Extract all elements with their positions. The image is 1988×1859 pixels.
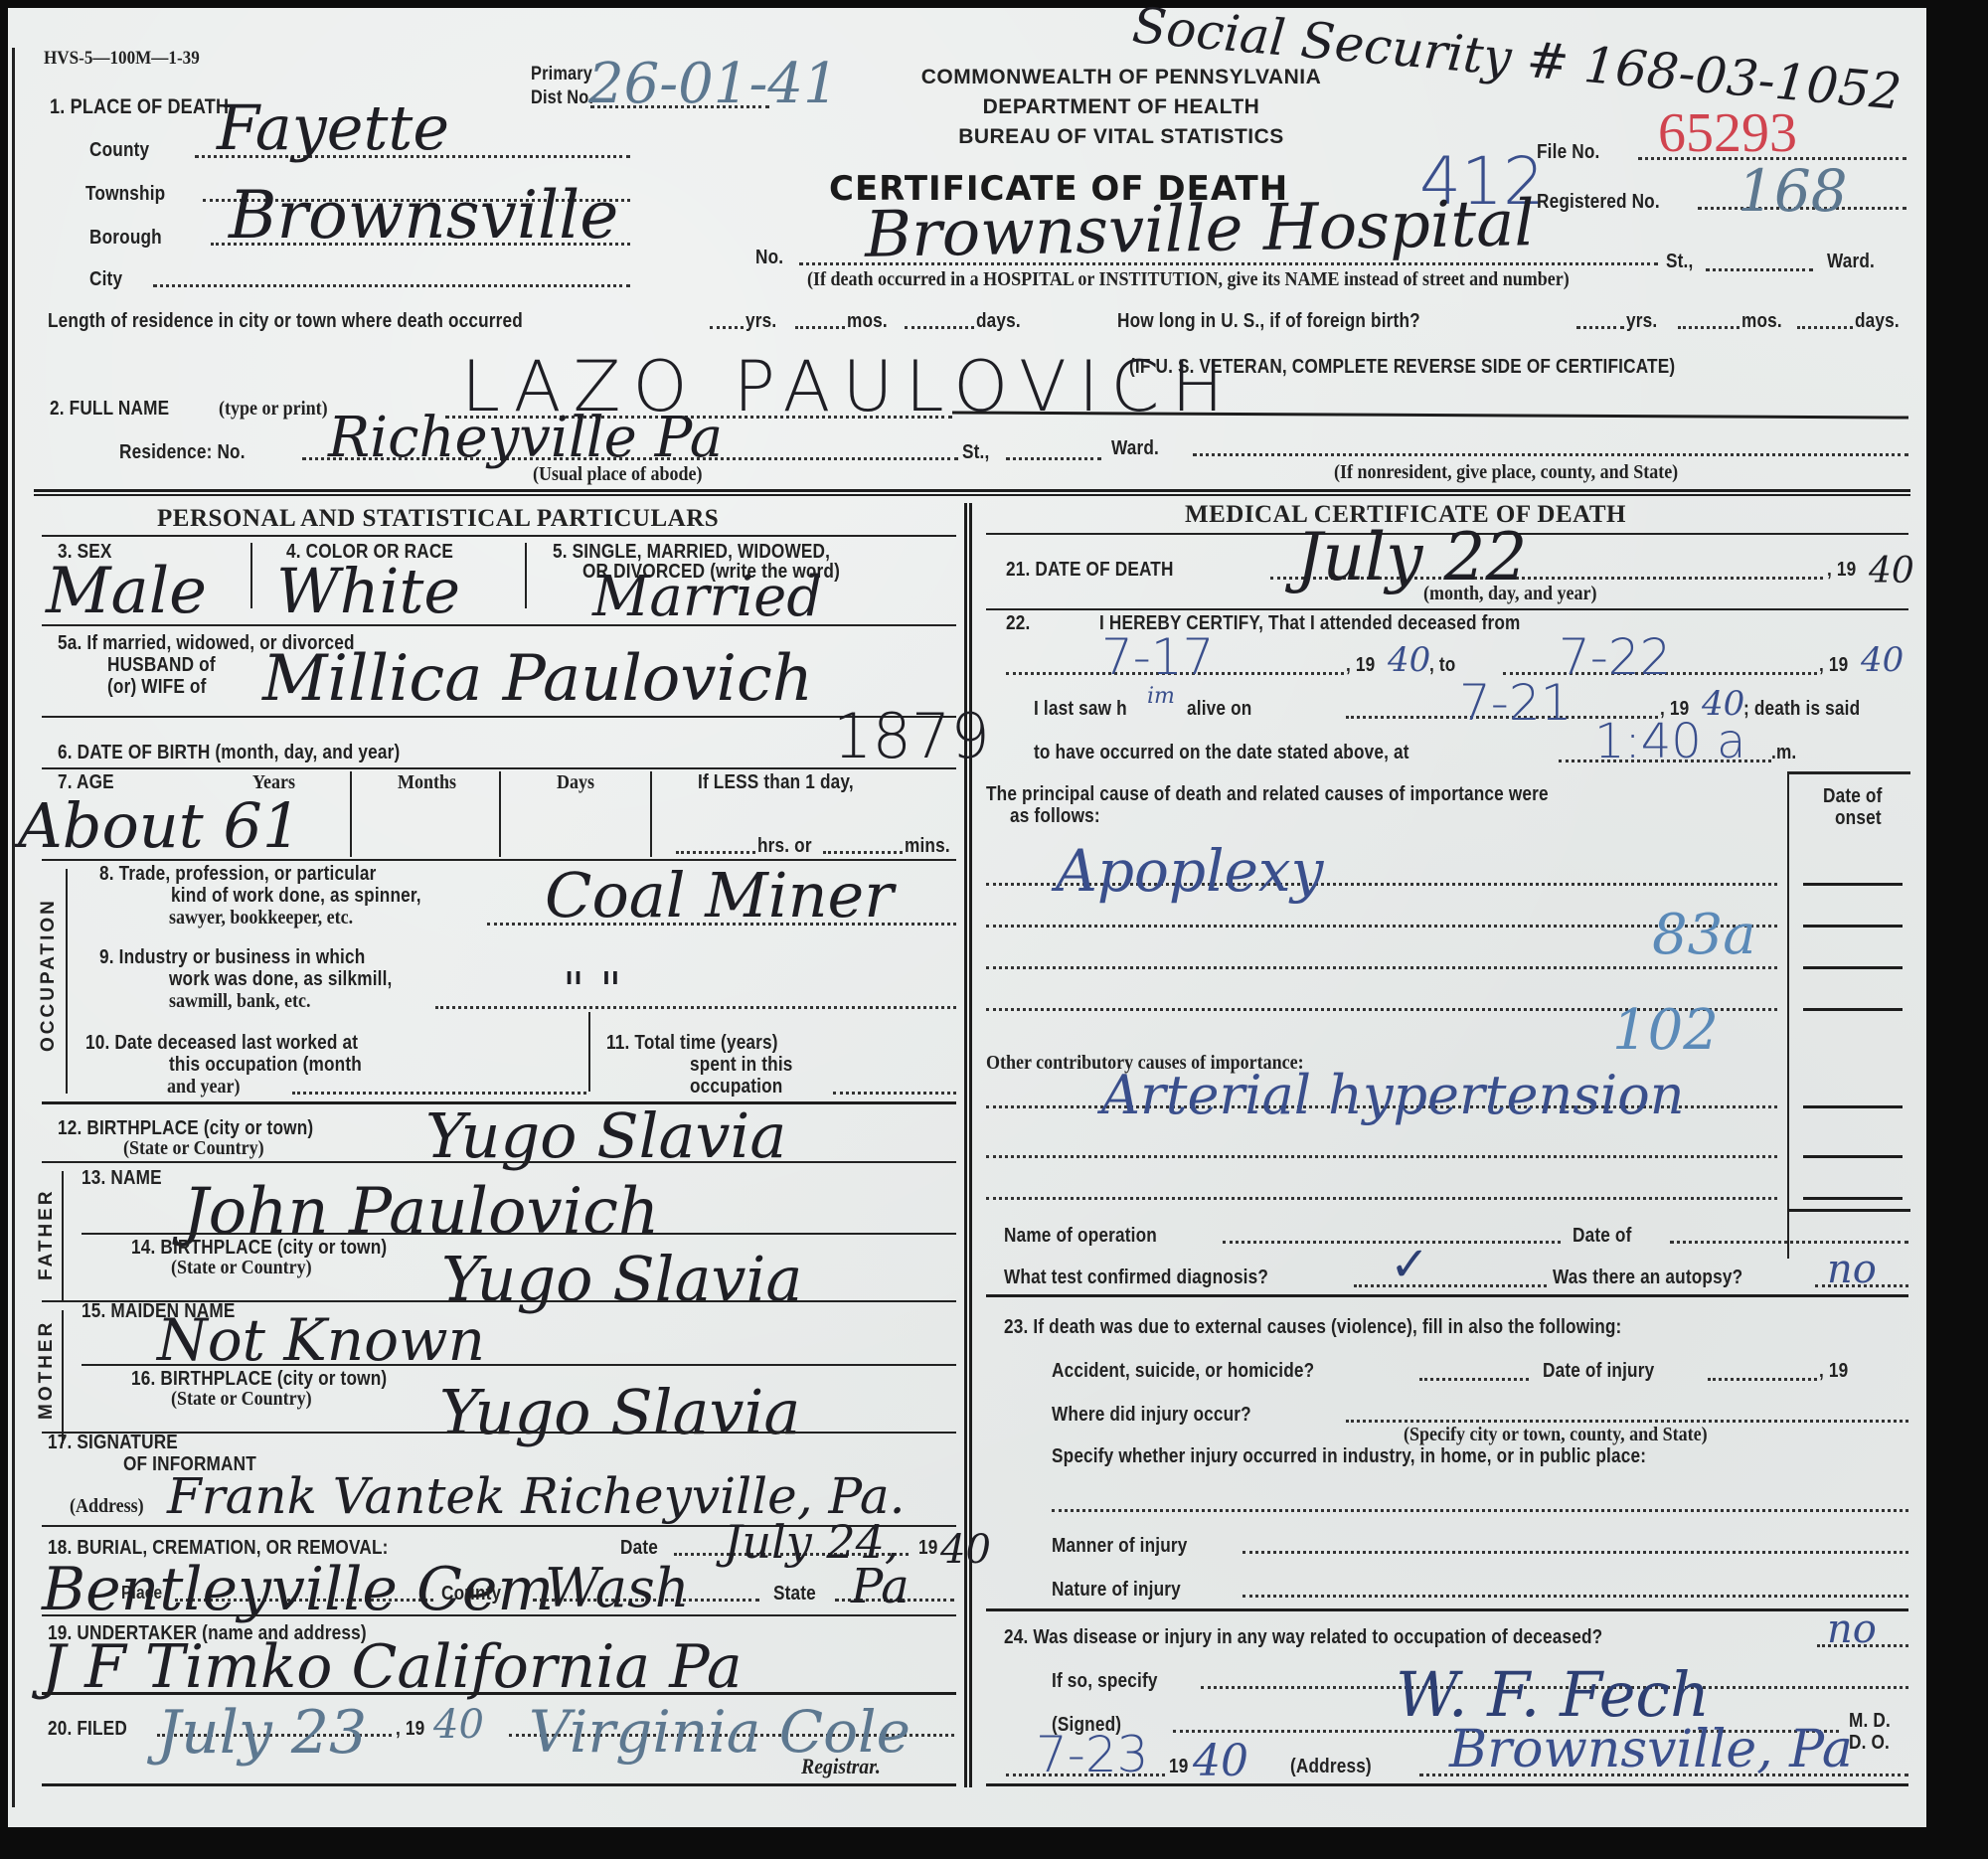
row-rule-19 <box>42 1692 956 1695</box>
dob-value[interactable]: 1879 <box>833 700 990 772</box>
row-rule-23 <box>986 1608 1908 1611</box>
contributory-line-2 <box>986 1155 1777 1158</box>
age-mins-label: mins. <box>905 835 950 858</box>
certify-number: 22. <box>1006 612 1030 635</box>
signed-year-value[interactable]: 40 <box>1193 1736 1248 1786</box>
dod-year-value[interactable]: 40 <box>1869 551 1914 591</box>
father-name-label: 13. NAME <box>82 1167 162 1190</box>
onset-label-2: onset <box>1835 807 1882 830</box>
fb-yrs-label: yrs. <box>1626 310 1657 333</box>
residence-length-label: Length of residence in city or town wher… <box>48 310 523 333</box>
registrar-label: Registrar. <box>801 1754 881 1779</box>
primary-dist-label: Primary <box>531 64 592 85</box>
row-rule-24 <box>986 1783 1908 1786</box>
marital-value[interactable]: Married <box>592 565 822 629</box>
father-birthplace-label-2: (State or Country) <box>171 1257 312 1279</box>
residence-value[interactable]: Richeyville Pa <box>328 406 723 470</box>
row-rule-15 <box>82 1364 956 1366</box>
injury-date-line <box>1708 1378 1817 1381</box>
industry-label-2: work was done, as silkmill, <box>169 968 393 991</box>
signed-date-value[interactable]: 7-23 <box>1036 1726 1148 1783</box>
father-birthplace-value[interactable]: Yugo Slavia <box>441 1243 802 1315</box>
agency-line-2: DEPARTMENT OF HEALTH <box>883 95 1360 119</box>
onset-line-6 <box>1803 1155 1903 1158</box>
total-time-label-1: 11. Total time (years) <box>606 1032 778 1055</box>
test-line <box>1354 1284 1547 1287</box>
attended-from-year[interactable]: 40 <box>1388 640 1430 680</box>
signed-year-prefix: 19 <box>1169 1756 1188 1778</box>
last-saw-value[interactable]: 7-21 <box>1459 674 1572 732</box>
registered-no-value[interactable]: 168 <box>1738 157 1848 225</box>
nature-label: Nature of injury <box>1052 1579 1181 1602</box>
industry-value[interactable]: " " <box>563 962 621 1018</box>
hospital-st-line <box>1706 268 1813 271</box>
do-label: D. O. <box>1849 1732 1890 1755</box>
row-rule-18 <box>42 1614 956 1616</box>
primary-dist-value[interactable]: 26-01-41 <box>588 52 839 116</box>
trade-label-3: sawyer, bookkeeper, etc. <box>169 907 353 929</box>
res-mos-label: mos. <box>847 310 888 333</box>
agency-line-1: COMMONWEALTH OF PENNSYLVANIA <box>883 66 1360 89</box>
attended-from-value[interactable]: 7-17 <box>1101 628 1214 686</box>
personal-title-rule <box>42 535 956 537</box>
race-value[interactable]: White <box>276 555 460 627</box>
attended-to-year[interactable]: 40 <box>1861 640 1904 680</box>
mother-vertical-label: MOTHER <box>36 1320 58 1420</box>
informant-address-label: (Address) <box>70 1495 144 1518</box>
trade-label-1: 8. Trade, profession, or particular <box>99 863 376 886</box>
onset-line-5 <box>1803 1105 1903 1108</box>
onset-line-7 <box>1803 1197 1903 1200</box>
personal-section-title: PERSONAL AND STATISTICAL PARTICULARS <box>157 505 719 533</box>
operation-date-label: Date of <box>1573 1225 1632 1248</box>
res-days-line <box>905 326 974 329</box>
industry-line <box>435 1006 956 1009</box>
cause-code-1[interactable]: 83a <box>1652 903 1756 967</box>
abode-note: (Usual place of abode) <box>533 463 703 486</box>
city-line <box>153 284 630 287</box>
operation-label: Name of operation <box>1004 1225 1157 1248</box>
age-divider-3 <box>650 771 652 857</box>
filed-label: 20. FILED <box>48 1718 127 1741</box>
county-value[interactable]: Fayette <box>217 91 449 164</box>
residence-ward-line <box>1193 453 1908 456</box>
burial-state-value[interactable]: Pa <box>851 1559 910 1614</box>
row-rule-5a <box>42 716 956 718</box>
row-rule-20 <box>42 1783 956 1786</box>
trade-value[interactable]: Coal Miner <box>545 859 894 931</box>
injury-specify-line <box>1052 1509 1908 1512</box>
sex-divider <box>250 543 252 608</box>
time-suffix: .m. <box>1771 742 1796 764</box>
to-label: , to <box>1429 654 1455 677</box>
spouse-value[interactable]: Millica Paulovich <box>262 642 813 716</box>
borough-label: Borough <box>89 227 162 250</box>
row-rule-21 <box>986 608 1908 610</box>
mother-bracket <box>62 1310 64 1443</box>
last-saw-pronoun[interactable]: im <box>1147 684 1175 709</box>
injury-specify-label: Specify whether injury occurred in indus… <box>1052 1445 1646 1468</box>
sex-value[interactable]: Male <box>46 555 207 628</box>
spouse-label-3: (or) WIFE of <box>107 676 207 699</box>
age-days-label: Days <box>557 771 594 794</box>
row-rule-6 <box>42 767 956 769</box>
burial-county-label: County <box>441 1583 501 1605</box>
county-label: County <box>89 139 149 162</box>
attended-from-year-prefix: , 19 <box>1346 654 1375 677</box>
last-worked-label-1: 10. Date deceased last worked at <box>85 1032 358 1055</box>
industry-label-3: sawmill, bank, etc. <box>169 990 311 1013</box>
fb-mos-line <box>1678 326 1739 329</box>
age-mins-line <box>823 851 903 854</box>
hospital-name-value[interactable]: Brownsville Hospital <box>864 187 1535 272</box>
age-divider-1 <box>350 771 352 857</box>
residence-label: Residence: No. <box>119 441 246 464</box>
injury-where-label: Where did injury occur? <box>1052 1404 1251 1427</box>
res-days-label: days. <box>976 310 1021 333</box>
dod-year-prefix: , 19 <box>1827 559 1856 582</box>
header-divider <box>34 489 1910 496</box>
total-time-label-2: spent in this <box>690 1054 793 1077</box>
accident-line <box>1419 1378 1529 1381</box>
onset-line-3 <box>1803 966 1903 969</box>
filed-year-value[interactable]: 40 <box>433 1702 484 1748</box>
registered-no-label: Registered No. <box>1537 191 1660 214</box>
occupation-inner-divider <box>588 1012 590 1092</box>
if-so-label: If so, specify <box>1052 1670 1158 1693</box>
age-less-label: If LESS than 1 day, <box>698 771 854 794</box>
injury-where-line <box>1346 1420 1908 1423</box>
residence-st-label: St., <box>962 441 989 464</box>
township-label: Township <box>85 183 165 206</box>
occupation-bracket <box>66 869 68 1094</box>
trade-label-2: kind of work done, as spinner, <box>171 885 421 908</box>
place-of-death-label: 1. PLACE OF DEATH <box>50 95 229 119</box>
filed-year-prefix: , 19 <box>396 1718 424 1741</box>
row-rule-12 <box>42 1161 956 1163</box>
occurred-label: to have occurred on the date stated abov… <box>1034 742 1409 764</box>
autopsy-label: Was there an autopsy? <box>1553 1267 1742 1289</box>
residence-ward-label: Ward. <box>1111 437 1159 460</box>
age-hrs-line <box>676 851 755 854</box>
form-code: HVS-5—100M—1-39 <box>44 48 200 70</box>
borough-value[interactable]: Brownsville <box>229 177 618 253</box>
file-no-value[interactable]: 65293 <box>1658 101 1797 165</box>
left-page-border <box>12 48 15 1807</box>
fb-yrs-line <box>1576 326 1624 329</box>
address-label: (Address) <box>1290 1756 1372 1778</box>
burial-year-prefix: 19 <box>918 1537 937 1560</box>
row-rule-16 <box>42 1432 956 1434</box>
column-divider <box>964 503 972 1787</box>
dod-label: 21. DATE OF DEATH <box>1006 559 1174 582</box>
full-name-label: 2. FULL NAME <box>50 398 169 421</box>
occupation-related-value[interactable]: no <box>1827 1606 1877 1652</box>
cause-label-2: as follows: <box>1010 805 1100 828</box>
cause-code-2[interactable]: 102 <box>1612 998 1719 1063</box>
res-yrs-label: yrs. <box>745 310 776 333</box>
cause-label-1: The principal cause of death and related… <box>986 783 1549 806</box>
race-divider <box>525 543 527 608</box>
file-no-label: File No. <box>1537 141 1599 164</box>
onset-label-1: Date of <box>1823 785 1883 808</box>
attended-to-year-prefix: , 19 <box>1819 654 1848 677</box>
onset-box-top <box>1787 771 1910 774</box>
burial-county-value[interactable]: Wash <box>545 1557 690 1619</box>
operation-date-line <box>1670 1241 1908 1244</box>
injury-where-hint: (Specify city or town, county, and State… <box>1404 1424 1708 1446</box>
last-worked-line <box>292 1092 586 1095</box>
test-checkmark[interactable]: ✓ <box>1390 1237 1429 1292</box>
nonresident-note: (If nonresident, give place, county, and… <box>1334 461 1678 484</box>
spouse-label-2: HUSBAND of <box>107 654 216 677</box>
birthplace-label-2: (State or Country) <box>123 1137 264 1160</box>
last-saw-label-a: I last saw h <box>1034 698 1127 721</box>
manner-label: Manner of injury <box>1052 1535 1188 1558</box>
row-rule-13 <box>82 1233 956 1235</box>
onset-line-2 <box>1803 925 1903 928</box>
contributory-line-3 <box>986 1197 1777 1200</box>
nature-line <box>1242 1595 1908 1598</box>
test-label: What test confirmed diagnosis? <box>1004 1267 1268 1289</box>
hospital-no-label: No. <box>755 247 783 269</box>
onset-line-4 <box>1803 1008 1903 1011</box>
manner-line <box>1242 1551 1908 1554</box>
mother-birthplace-label-2: (State or Country) <box>171 1388 312 1411</box>
agency-line-3: BUREAU OF VITAL STATISTICS <box>883 125 1360 149</box>
row-rule-22 <box>986 1294 1908 1297</box>
contributory-value[interactable]: Arterial hypertension <box>1101 1064 1685 1126</box>
industry-label-1: 9. Industry or business in which <box>99 946 365 969</box>
hospital-ward-label: Ward. <box>1827 251 1875 273</box>
onset-box-left <box>1787 771 1789 1259</box>
injury-year-prefix: , 19 <box>1819 1360 1848 1383</box>
father-bracket <box>62 1171 64 1302</box>
burial-state-label: State <box>773 1583 816 1605</box>
foreign-birth-label: How long in U. S., if of foreign birth? <box>1117 310 1420 333</box>
onset-line-1 <box>1803 883 1903 886</box>
last-worked-label-2: this occupation (month <box>169 1054 362 1077</box>
row-rule-3 <box>42 624 956 626</box>
death-said-label: ; death is said <box>1743 698 1860 721</box>
filed-value[interactable]: July 23 <box>157 1698 367 1768</box>
age-divider-2 <box>499 771 501 857</box>
full-name-hint: (type or print) <box>219 398 328 421</box>
age-months-label: Months <box>398 771 456 794</box>
burial-year-value[interactable]: 40 <box>940 1527 991 1573</box>
accident-label: Accident, suicide, or homicide? <box>1052 1360 1314 1383</box>
dist-no-label: Dist No. <box>531 87 593 109</box>
residence-st-line <box>1006 457 1101 460</box>
mother-birthplace-value[interactable]: Yugo Slavia <box>439 1376 800 1448</box>
res-mos-line <box>795 326 845 329</box>
injury-date-label: Date of injury <box>1543 1360 1654 1383</box>
occupation-vertical-label: OCCUPATION <box>38 898 60 1052</box>
informant-label-1: 17. SIGNATURE <box>48 1432 178 1454</box>
dod-hint: (month, day, and year) <box>1423 583 1597 605</box>
dob-label: 6. DATE OF BIRTH (month, day, and year) <box>58 742 400 764</box>
md-label: M. D. <box>1849 1710 1891 1733</box>
autopsy-value[interactable]: no <box>1827 1247 1877 1292</box>
fb-mos-label: mos. <box>1741 310 1782 333</box>
city-label: City <box>89 268 122 291</box>
attended-to-value[interactable]: 7-22 <box>1559 628 1671 686</box>
time-value[interactable]: 1:40 a <box>1594 714 1745 769</box>
father-vertical-label: FATHER <box>36 1188 58 1280</box>
age-value[interactable]: About 61 <box>18 789 301 862</box>
death-certificate-paper: HVS-5—100M—1-39 Primary Dist No. 26-01-4… <box>8 8 1926 1827</box>
hospital-st-label: St., <box>1666 251 1693 273</box>
last-saw-label-b: alive on <box>1187 698 1251 721</box>
fb-days-line <box>1797 326 1853 329</box>
last-worked-label-3: and year) <box>167 1076 241 1098</box>
total-time-line <box>833 1092 956 1095</box>
total-time-label-3: occupation <box>690 1076 782 1098</box>
occupation-related-label: 24. Was disease or injury in any way rel… <box>1004 1626 1602 1649</box>
res-yrs-line <box>710 326 744 329</box>
hospital-note: (If death occurred in a HOSPITAL or INST… <box>807 268 1570 291</box>
address-value[interactable]: Brownsville, Pa <box>1449 1720 1853 1779</box>
external-label: 23. If death was due to external causes … <box>1004 1316 1621 1339</box>
onset-box-bottom <box>1787 1209 1910 1212</box>
fb-days-label: days. <box>1855 310 1900 333</box>
cause-value[interactable]: Apoplexy <box>1056 837 1323 905</box>
age-hrs-label: hrs. or <box>757 835 812 858</box>
